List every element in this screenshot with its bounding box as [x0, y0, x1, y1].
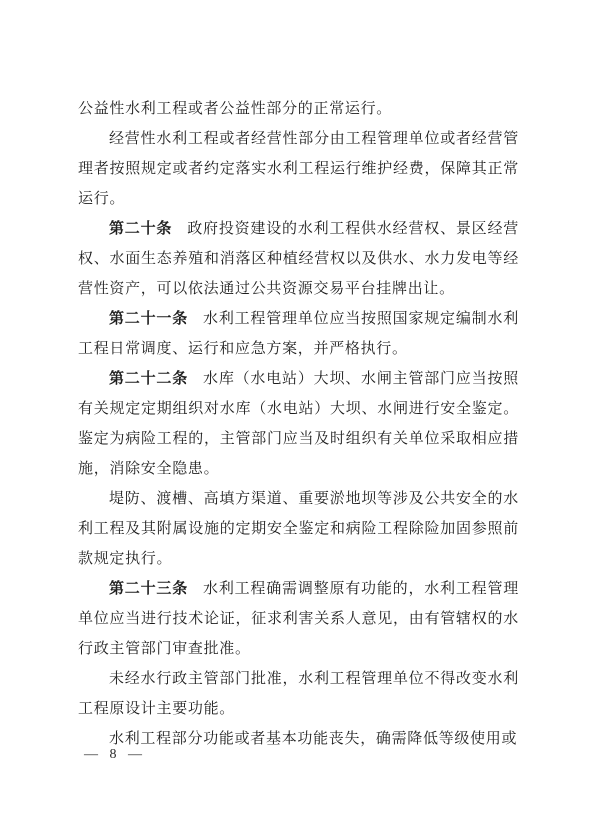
- paragraph: 经营性水利工程或者经营性部分由工程管理单位或者经营管理者按照规定或者约定落实水利…: [78, 124, 519, 214]
- paragraph-article-22: 第二十二条水库（水电站）大坝、水闸主管部门应当按照有关规定定期组织对水库（水电站…: [78, 364, 519, 484]
- paragraph-text: 未经水行政主管部门批准，水利工程管理单位不得改变水利工程原设计主要功能。: [78, 671, 519, 717]
- document-page: 公益性水利工程或者公益性部分的正常运行。 经营性水利工程或者经营性部分由工程管理…: [0, 0, 591, 838]
- document-body: 公益性水利工程或者公益性部分的正常运行。 经营性水利工程或者经营性部分由工程管理…: [78, 94, 519, 754]
- article-heading: 第二十条: [109, 221, 172, 237]
- article-heading: 第二十三条: [109, 581, 188, 597]
- paragraph-text: 堤防、渡槽、高填方渠道、重要淤地坝等涉及公共安全的水利工程及其附属设施的定期安全…: [78, 491, 519, 567]
- paragraph-article-23: 第二十三条水利工程确需调整原有功能的，水利工程管理单位应当进行技术论证，征求利害…: [78, 574, 519, 664]
- paragraph-article-21: 第二十一条水利工程管理单位应当按照国家规定编制水利工程日常调度、运行和应急方案，…: [78, 304, 519, 364]
- paragraph: 未经水行政主管部门批准，水利工程管理单位不得改变水利工程原设计主要功能。: [78, 664, 519, 724]
- paragraph: 公益性水利工程或者公益性部分的正常运行。: [78, 94, 519, 124]
- paragraph: 堤防、渡槽、高填方渠道、重要淤地坝等涉及公共安全的水利工程及其附属设施的定期安全…: [78, 484, 519, 574]
- page-number: — 8 —: [84, 747, 146, 763]
- paragraph-text: 水利工程部分功能或者基本功能丧失，确需降低等级使用或: [109, 731, 517, 747]
- paragraph-text: 经营性水利工程或者经营性部分由工程管理单位或者经营管理者按照规定或者约定落实水利…: [78, 131, 519, 207]
- article-heading: 第二十一条: [109, 311, 188, 327]
- article-heading: 第二十二条: [109, 371, 188, 387]
- paragraph-text: 公益性水利工程或者公益性部分的正常运行。: [78, 101, 392, 117]
- paragraph-article-20: 第二十条政府投资建设的水利工程供水经营权、景区经营权、水面生态养殖和消落区种植经…: [78, 214, 519, 304]
